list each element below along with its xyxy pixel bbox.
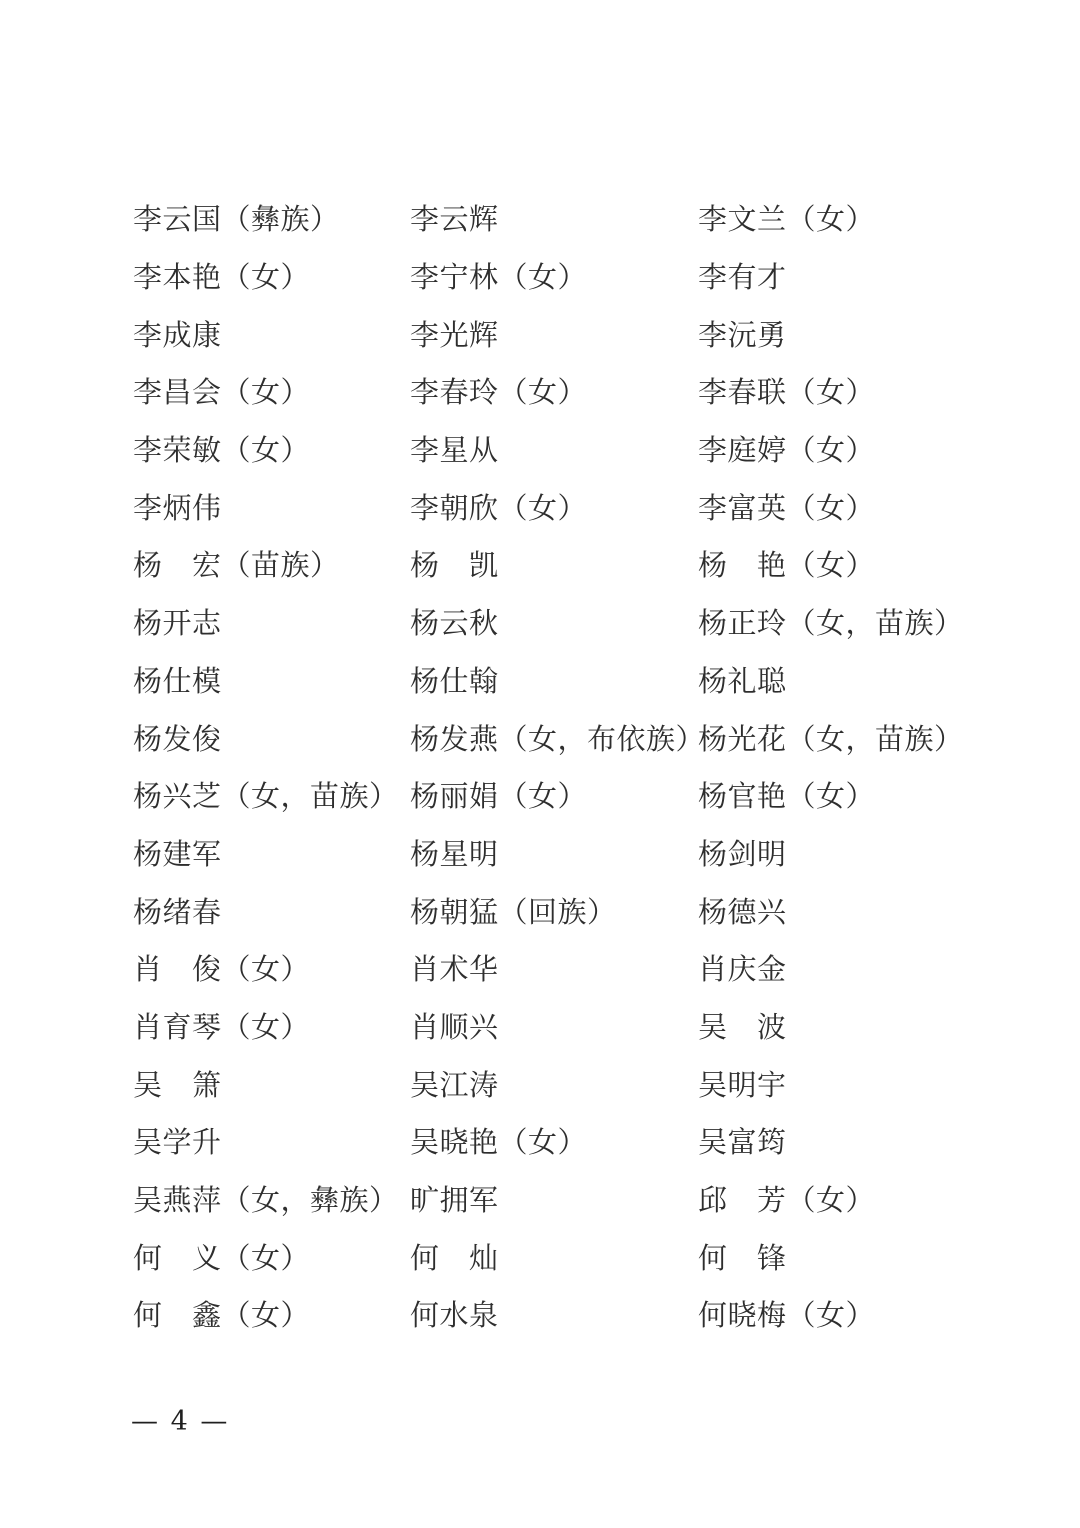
name-entry: 杨正玲（女，苗族） <box>698 601 964 642</box>
name-entry: 李春联（女） <box>698 370 875 411</box>
name-entry: 李庭婷（女） <box>698 428 875 469</box>
name-entry: 杨仕翰 <box>410 659 698 700</box>
name-entry: 李光辉 <box>410 313 698 354</box>
name-entry: 李云辉 <box>410 197 698 238</box>
name-entry: 肖顺兴 <box>410 1005 698 1046</box>
name-entry: 杨兴芝（女，苗族） <box>133 774 410 815</box>
name-entry: 李荣敏（女） <box>133 428 410 469</box>
name-list-row: 李荣敏（女） 李星从 李庭婷（女） <box>133 420 1033 478</box>
name-entry: 李宁林（女） <box>410 255 698 296</box>
name-entry: 李有才 <box>698 255 787 296</box>
name-entry: 肖 俊（女） <box>133 947 410 988</box>
name-list-row: 杨绪春 杨朝猛（回族） 杨德兴 <box>133 881 1033 939</box>
name-entry: 杨星明 <box>410 832 698 873</box>
name-entry: 杨云秋 <box>410 601 698 642</box>
name-entry: 李成康 <box>133 313 410 354</box>
name-entry: 杨 宏（苗族） <box>133 543 410 584</box>
name-entry: 吴明宇 <box>698 1063 787 1104</box>
name-entry: 杨发燕（女，布依族） <box>410 717 698 758</box>
name-entry: 何 鑫（女） <box>133 1293 410 1334</box>
name-entry: 吴 箫 <box>133 1063 410 1104</box>
name-entry: 杨朝猛（回族） <box>410 890 698 931</box>
name-entry: 吴富筠 <box>698 1120 787 1161</box>
name-entry: 杨绪春 <box>133 890 410 931</box>
name-entry: 肖育琴（女） <box>133 1005 410 1046</box>
name-entry: 杨开志 <box>133 601 410 642</box>
name-entry: 李文兰（女） <box>698 197 875 238</box>
name-entry: 吴 波 <box>698 1005 787 1046</box>
name-list-row: 肖育琴（女） 肖顺兴 吴 波 <box>133 997 1033 1055</box>
name-entry: 杨德兴 <box>698 890 787 931</box>
name-entry: 李沅勇 <box>698 313 787 354</box>
name-entry: 李朝欣（女） <box>410 486 698 527</box>
name-list-row: 李炳伟 李朝欣（女） 李富英（女） <box>133 477 1033 535</box>
page-number: — 4 — <box>131 1406 229 1437</box>
name-entry: 杨光花（女，苗族） <box>698 717 964 758</box>
name-entry: 何 灿 <box>410 1236 698 1277</box>
name-entry: 杨丽娟（女） <box>410 774 698 815</box>
name-entry: 李春玲（女） <box>410 370 698 411</box>
name-entry: 何 义（女） <box>133 1236 410 1277</box>
page-footer: — 4 — <box>131 1406 229 1437</box>
name-entry: 杨仕模 <box>133 659 410 700</box>
name-entry: 邱 芳（女） <box>698 1178 875 1219</box>
name-entry: 吴学升 <box>133 1120 410 1161</box>
name-entry: 肖术华 <box>410 947 698 988</box>
name-list-row: 李本艳（女） 李宁林（女） 李有才 <box>133 247 1033 305</box>
name-entry: 李星从 <box>410 428 698 469</box>
name-list-row: 肖 俊（女） 肖术华 肖庆金 <box>133 939 1033 997</box>
name-entry: 吴江涛 <box>410 1063 698 1104</box>
name-entry: 杨发俊 <box>133 717 410 758</box>
name-list-row: 何 义（女） 何 灿 何 锋 <box>133 1227 1033 1285</box>
name-entry: 李云国（彝族） <box>133 197 410 238</box>
name-list-row: 何 鑫（女） 何水泉 何晓梅（女） <box>133 1285 1033 1343</box>
name-entry: 何 锋 <box>698 1236 787 1277</box>
name-list: 李云国（彝族） 李云辉 李文兰（女） 李本艳（女） 李宁林（女） 李有才 李成康… <box>133 189 1033 1343</box>
name-entry: 吴晓艳（女） <box>410 1120 698 1161</box>
name-entry: 旷拥军 <box>410 1178 698 1219</box>
name-list-row: 杨发俊 杨发燕（女，布依族） 杨光花（女，苗族） <box>133 708 1033 766</box>
document-page: 李云国（彝族） 李云辉 李文兰（女） 李本艳（女） 李宁林（女） 李有才 李成康… <box>0 0 1080 1528</box>
name-entry: 杨建军 <box>133 832 410 873</box>
name-entry: 何晓梅（女） <box>698 1293 875 1334</box>
name-entry: 肖庆金 <box>698 947 787 988</box>
name-entry: 李本艳（女） <box>133 255 410 296</box>
name-entry: 杨剑明 <box>698 832 787 873</box>
name-list-row: 吴燕萍（女，彝族） 旷拥军 邱 芳（女） <box>133 1170 1033 1228</box>
name-entry: 杨官艳（女） <box>698 774 875 815</box>
name-list-row: 李成康 李光辉 李沅勇 <box>133 304 1033 362</box>
name-entry: 杨礼聪 <box>698 659 787 700</box>
name-entry: 吴燕萍（女，彝族） <box>133 1178 410 1219</box>
name-list-row: 李昌会（女） 李春玲（女） 李春联（女） <box>133 362 1033 420</box>
name-list-row: 吴 箫 吴江涛 吴明宇 <box>133 1054 1033 1112</box>
name-list-row: 杨仕模 杨仕翰 杨礼聪 <box>133 651 1033 709</box>
name-entry: 何水泉 <box>410 1293 698 1334</box>
name-entry: 杨 凯 <box>410 543 698 584</box>
name-list-row: 杨建军 杨星明 杨剑明 <box>133 824 1033 882</box>
name-list-row: 杨 宏（苗族） 杨 凯 杨 艳（女） <box>133 535 1033 593</box>
name-list-row: 杨开志 杨云秋 杨正玲（女，苗族） <box>133 593 1033 651</box>
name-entry: 杨 艳（女） <box>698 543 875 584</box>
name-entry: 李富英（女） <box>698 486 875 527</box>
name-list-row: 吴学升 吴晓艳（女） 吴富筠 <box>133 1112 1033 1170</box>
name-list-row: 杨兴芝（女，苗族） 杨丽娟（女） 杨官艳（女） <box>133 766 1033 824</box>
name-list-row: 李云国（彝族） 李云辉 李文兰（女） <box>133 189 1033 247</box>
name-entry: 李昌会（女） <box>133 370 410 411</box>
name-entry: 李炳伟 <box>133 486 410 527</box>
